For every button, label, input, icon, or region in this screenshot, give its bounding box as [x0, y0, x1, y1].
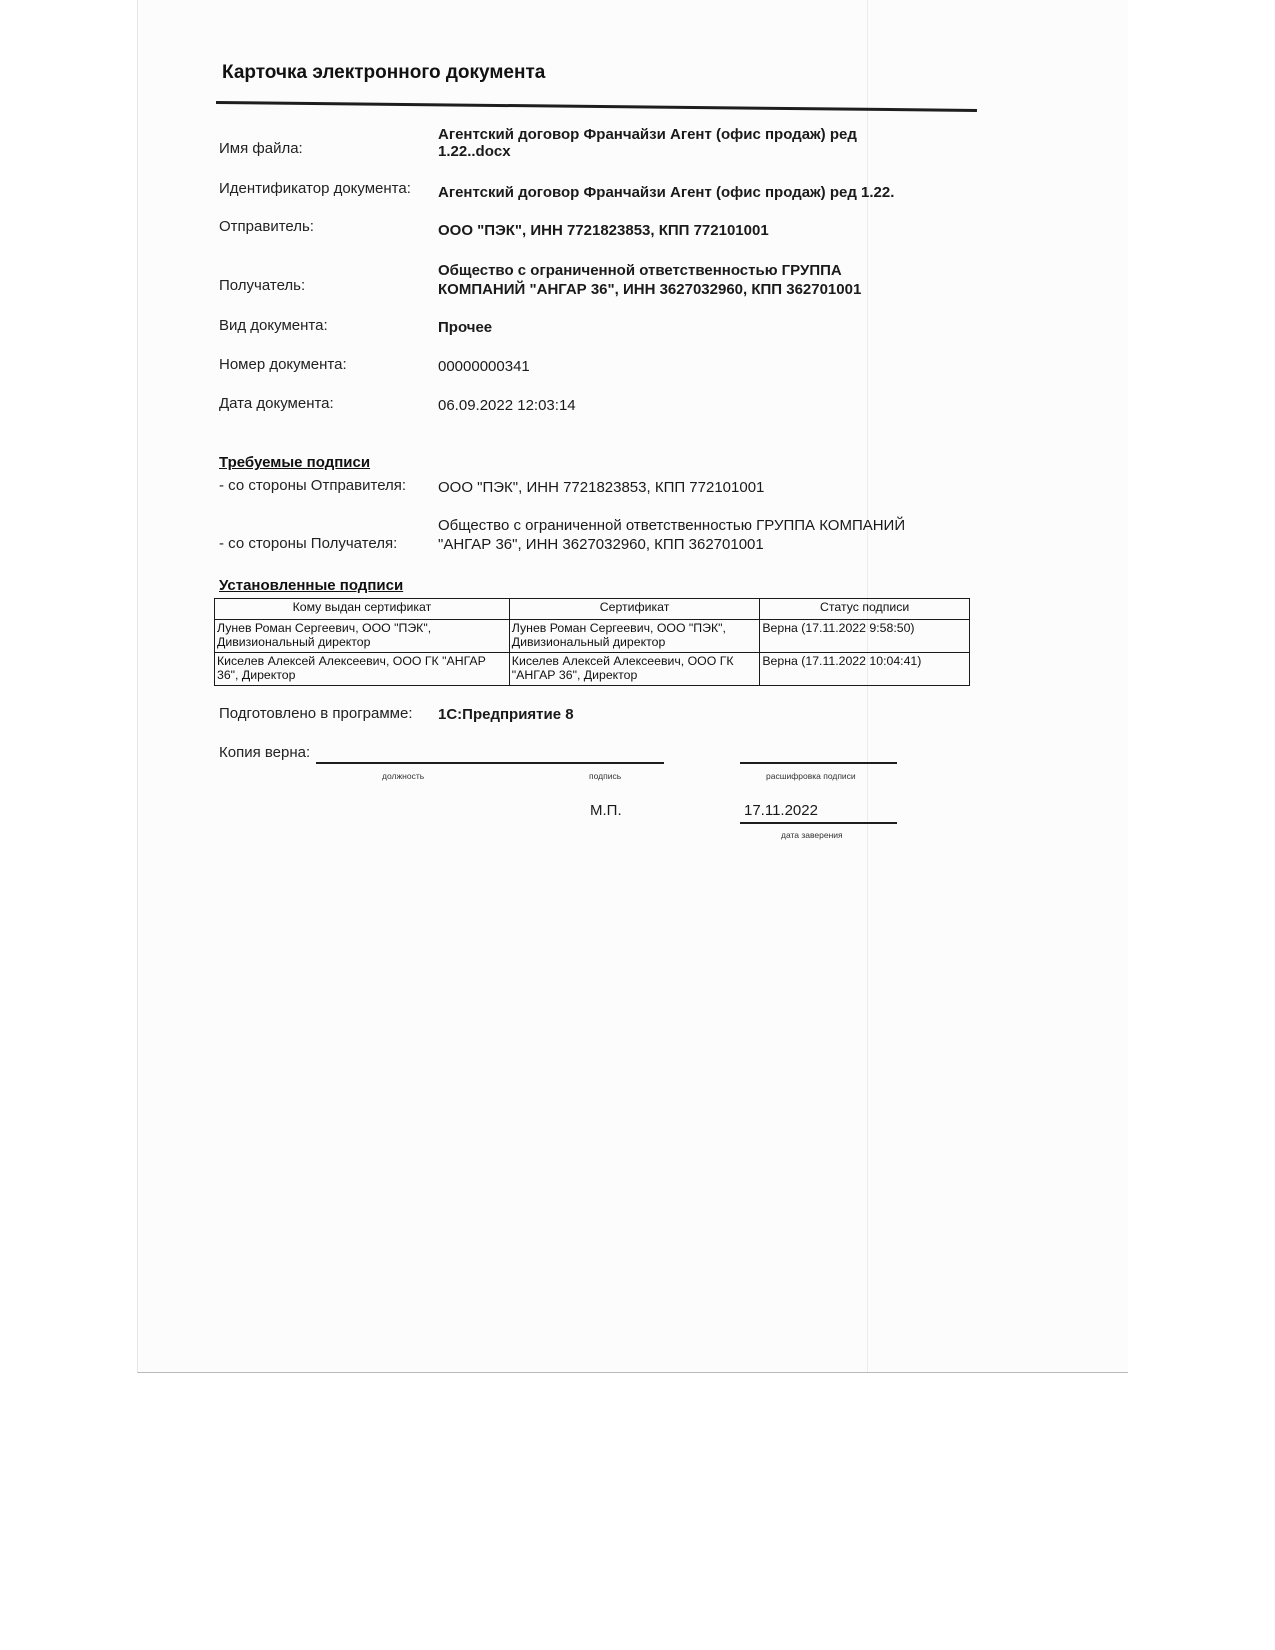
prepared-label: Подготовлено в программе:	[219, 705, 413, 722]
file-name-label: Имя файла:	[219, 140, 303, 157]
recipient-value-line1: Общество с ограниченной ответственностью…	[438, 262, 842, 279]
doc-type-value: Прочее	[438, 319, 492, 336]
doc-date-value: 06.09.2022 12:03:14	[438, 397, 576, 414]
cell-line: Лунев Роман Сергеевич, ООО "ПЭК",	[512, 621, 758, 635]
doc-number-label: Номер документа:	[219, 356, 347, 373]
scan-artifact-line	[867, 0, 868, 1372]
date-caption: дата заверения	[781, 830, 843, 840]
cell-line: 36", Директор	[217, 668, 507, 682]
cell-line: Киселев Алексей Алексеевич, ООО ГК "АНГА…	[217, 654, 507, 668]
signature-caption: подпись	[589, 771, 621, 781]
date-line	[740, 822, 897, 824]
doc-id-label: Идентификатор документа:	[219, 180, 411, 197]
doc-type-label: Вид документа:	[219, 317, 328, 334]
cell-certificate: Киселев Алексей Алексеевич, ООО ГК "АНГА…	[509, 653, 760, 686]
file-name-value-line1: Агентский договор Франчайзи Агент (офис …	[438, 126, 857, 143]
cell-line: Лунев Роман Сергеевич, ООО "ПЭК",	[217, 621, 507, 635]
decode-line	[740, 762, 897, 764]
cell-status: Верна (17.11.2022 9:58:50)	[760, 620, 970, 653]
recipient-label: Получатель:	[219, 277, 305, 294]
stamp-mark: М.П.	[590, 802, 622, 819]
certification-date: 17.11.2022	[744, 802, 818, 819]
position-signature-line	[316, 762, 664, 764]
signatures-table: Кому выдан сертификат Сертификат Статус …	[214, 598, 970, 686]
cell-issued-to: Лунев Роман Сергеевич, ООО "ПЭК", Дивизи…	[215, 620, 510, 653]
column-header-certificate: Сертификат	[509, 599, 760, 620]
cell-line: Дивизиональный директор	[217, 635, 507, 649]
page-title: Карточка электронного документа	[222, 62, 545, 84]
required-sender-label: - со стороны Отправителя:	[219, 477, 406, 494]
cell-status: Верна (17.11.2022 10:04:41)	[760, 653, 970, 686]
file-name-value-line2: 1.22..docx	[438, 143, 511, 160]
scanned-page	[137, 0, 1128, 1373]
recipient-value-line2: КОМПАНИЙ "АНГАР 36", ИНН 3627032960, КПП…	[438, 281, 861, 298]
sender-value: ООО "ПЭК", ИНН 7721823853, КПП 772101001	[438, 222, 769, 239]
required-recipient-value-line2: "АНГАР 36", ИНН 3627032960, КПП 36270100…	[438, 536, 764, 553]
required-recipient-label: - со стороны Получателя:	[219, 535, 397, 552]
position-caption: должность	[382, 771, 424, 781]
cell-certificate: Лунев Роман Сергеевич, ООО "ПЭК", Дивизи…	[509, 620, 760, 653]
required-recipient-value-line1: Общество с ограниченной ответственностью…	[438, 517, 905, 534]
cell-line: Дивизиональный директор	[512, 635, 758, 649]
column-header-status: Статус подписи	[760, 599, 970, 620]
cell-issued-to: Киселев Алексей Алексеевич, ООО ГК "АНГА…	[215, 653, 510, 686]
sender-label: Отправитель:	[219, 218, 314, 235]
table-row: Лунев Роман Сергеевич, ООО "ПЭК", Дивизи…	[215, 620, 970, 653]
cell-line: "АНГАР 36", Директор	[512, 668, 758, 682]
doc-number-value: 00000000341	[438, 358, 530, 375]
table-row: Киселев Алексей Алексеевич, ООО ГК "АНГА…	[215, 653, 970, 686]
column-header-issued-to: Кому выдан сертификат	[215, 599, 510, 620]
required-sender-value: ООО "ПЭК", ИНН 7721823853, КПП 772101001	[438, 479, 764, 496]
prepared-value: 1С:Предприятие 8	[438, 706, 574, 723]
cell-line: Киселев Алексей Алексеевич, ООО ГК	[512, 654, 758, 668]
required-signatures-heading: Требуемые подписи	[219, 454, 370, 471]
installed-signatures-heading: Установленные подписи	[219, 577, 403, 594]
decode-caption: расшифровка подписи	[766, 771, 856, 781]
table-header-row: Кому выдан сертификат Сертификат Статус …	[215, 599, 970, 620]
copy-label: Копия верна:	[219, 744, 310, 761]
doc-id-value: Агентский договор Франчайзи Агент (офис …	[438, 184, 894, 201]
doc-date-label: Дата документа:	[219, 395, 334, 412]
